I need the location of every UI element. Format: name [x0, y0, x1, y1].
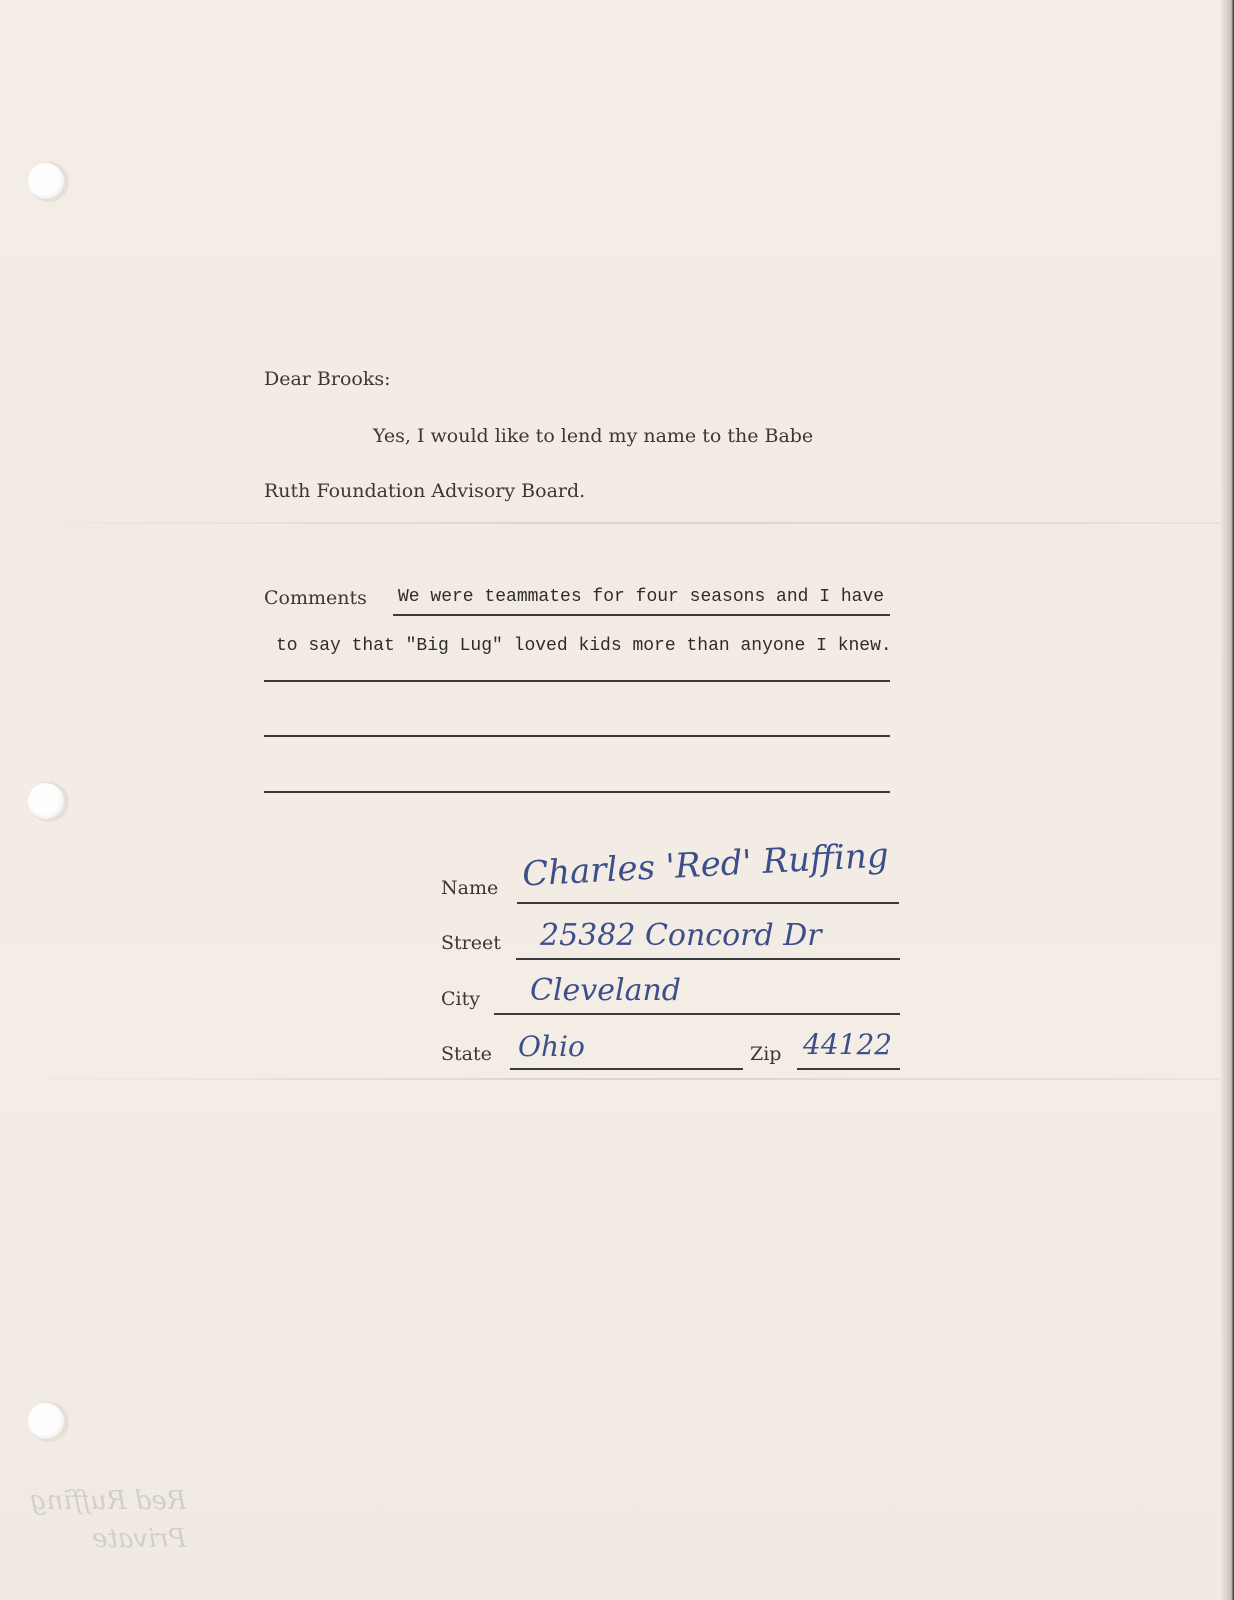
name-label: Name [441, 877, 498, 899]
city-field-value: Cleveland [530, 973, 681, 1008]
zip-field-value: 44122 [803, 1028, 892, 1061]
letter-body-line-2: Ruth Foundation Advisory Board. [264, 480, 585, 502]
fold-crease [0, 1078, 1222, 1080]
state-field-value: Ohio [518, 1030, 585, 1063]
name-field-line [517, 902, 899, 904]
zip-field-line [797, 1068, 900, 1070]
comments-rule-3 [264, 735, 890, 737]
street-field-line [516, 958, 900, 960]
paper-sheet: Dear Brooks: Yes, I would like to lend m… [0, 0, 1224, 1600]
page-edge [1220, 0, 1234, 1600]
fold-crease [0, 522, 1222, 524]
comments-line-2: to say that "Big Lug" loved kids more th… [276, 636, 892, 656]
street-label: Street [441, 932, 501, 954]
punch-hole [28, 783, 64, 819]
city-label: City [441, 988, 480, 1010]
punch-hole [28, 1403, 64, 1439]
punch-hole [28, 163, 64, 199]
street-field-value: 25382 Concord Dr [540, 918, 822, 953]
state-field-line [510, 1068, 743, 1070]
comments-rule-2 [264, 680, 890, 682]
comments-rule-4 [264, 791, 890, 793]
comments-line-1: We were teammates for four seasons and I… [398, 587, 884, 607]
name-field-value: Charles 'Red' Ruffing [521, 835, 889, 894]
pencil-margin-note: Red Ruffing Private [30, 1482, 186, 1558]
letter-body-line-1: Yes, I would like to lend my name to the… [373, 425, 813, 447]
zip-label: Zip [750, 1043, 781, 1065]
city-field-line [494, 1013, 900, 1015]
comments-rule-1 [393, 614, 890, 616]
state-label: State [441, 1043, 492, 1065]
salutation: Dear Brooks: [264, 368, 391, 390]
comments-label: Comments [264, 587, 367, 609]
